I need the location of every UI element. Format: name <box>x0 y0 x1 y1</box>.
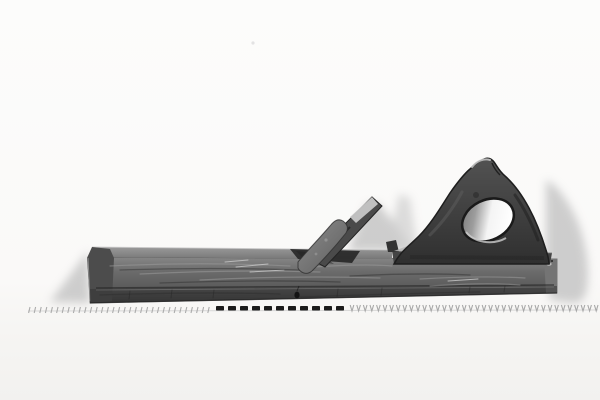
dust-speck <box>251 41 254 44</box>
wedge-speckle <box>324 238 327 241</box>
body-right-nail-dot <box>551 260 553 262</box>
scale-tick <box>228 306 236 311</box>
wedge-speckle <box>315 253 318 256</box>
scale-tick <box>336 306 344 311</box>
handle-base-shading <box>410 257 544 258</box>
scale-segment-center <box>216 306 344 311</box>
page: { "photo": { "subject": "Black-and-white… <box>0 0 600 400</box>
scale-tick <box>288 306 296 311</box>
wood-knot <box>294 292 299 299</box>
scale-tick <box>324 306 332 311</box>
scale-tick <box>264 306 272 311</box>
scale-tick <box>252 306 260 311</box>
scale-tick <box>300 306 308 311</box>
scale-tick <box>276 306 284 311</box>
photo-wooden-hand-plane <box>0 0 600 400</box>
handle-wear-spot <box>473 192 479 198</box>
scale-tick <box>216 306 224 311</box>
photo-canvas <box>0 0 600 400</box>
scale-tick <box>240 306 248 311</box>
scale-tick <box>312 306 320 311</box>
